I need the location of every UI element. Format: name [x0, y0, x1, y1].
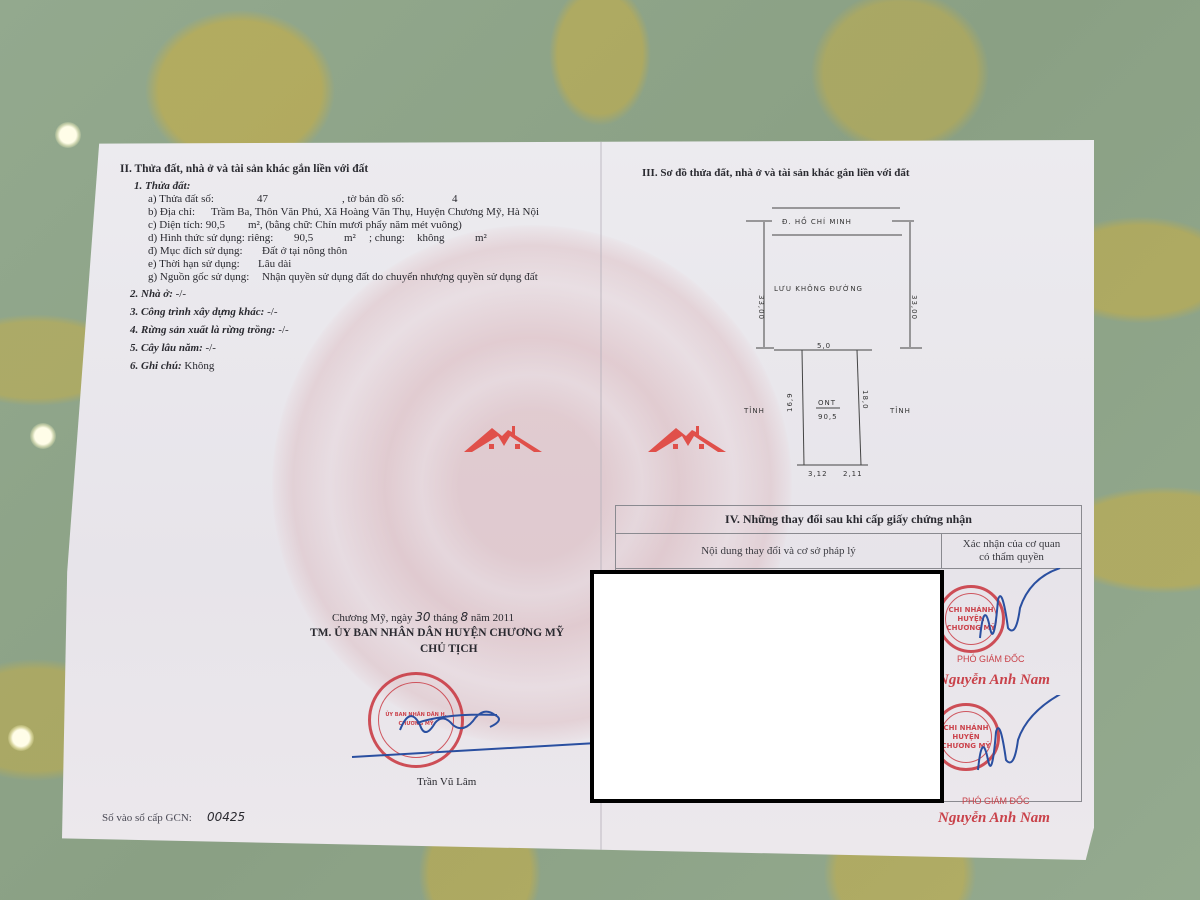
- year-label: năm 2011: [471, 612, 514, 624]
- signing-place-date: Chương Mỹ, ngày 30 tháng 8 năm 2011: [332, 611, 514, 625]
- parcel-area: 90,5: [818, 413, 838, 421]
- parcel-sketch: Đ. HỒ CHÍ MINH LƯU KHÔNG ĐƯỜNG 33,00 33,…: [62, 140, 1094, 500]
- signer-name: Trần Vũ Lâm: [417, 776, 476, 789]
- deputy-director-signature: [970, 695, 1070, 775]
- month-label: tháng: [433, 612, 457, 624]
- right-side-length: 18,0: [861, 390, 869, 410]
- col2-line2: có thẩm quyền: [979, 551, 1044, 563]
- light-reflection: [8, 725, 34, 751]
- setback-right-length: 33,00: [910, 295, 918, 320]
- light-reflection: [30, 423, 56, 449]
- left-side-length: 16,9: [786, 392, 794, 412]
- registry-label: Số vào sổ cấp GCN:: [102, 812, 192, 825]
- setback-left-length: 33,00: [757, 295, 765, 320]
- redaction-box: [590, 570, 944, 803]
- entry2-signer: Nguyễn Anh Nam: [938, 812, 1050, 825]
- registry-number: 00425: [207, 811, 245, 824]
- rear-left-length: 3,12: [808, 470, 828, 478]
- deputy-director-signature: [972, 568, 1062, 648]
- issuing-authority: TM. ỦY BAN NHÂN DÂN HUYỆN CHƯƠNG MỸ: [310, 627, 564, 640]
- entry1-title: PHÓ GIÁM ĐỐC: [957, 653, 1025, 666]
- col2-line1: Xác nhận của cơ quan: [963, 538, 1060, 550]
- neighbor-left: TỈNH: [743, 406, 765, 415]
- road-label: Đ. HỒ CHÍ MINH: [782, 216, 852, 226]
- house-logo-icon: [462, 422, 552, 458]
- signing-month: 8: [461, 610, 469, 624]
- changes-table-header: Nội dung thay đổi và cơ sở pháp lý Xác n…: [616, 534, 1081, 569]
- col-change-content: Nội dung thay đổi và cơ sở pháp lý: [616, 534, 942, 568]
- signer-title: CHỦ TỊCH: [420, 643, 478, 656]
- land-code: ONT: [818, 399, 836, 407]
- signing-day: 30: [415, 610, 430, 624]
- place-date-prefix: Chương Mỹ, ngày: [332, 612, 413, 624]
- changes-table-title: IV. Những thay đổi sau khi cấp giấy chứn…: [616, 506, 1081, 534]
- chairman-signature: [342, 695, 602, 765]
- neighbor-right: TỈNH: [889, 406, 911, 415]
- entry2-title: PHÓ GIÁM ĐỐC: [962, 795, 1030, 808]
- light-reflection: [55, 122, 81, 148]
- col-authority-confirmation: Xác nhận của cơ quancó thẩm quyền: [942, 534, 1081, 568]
- setback-label: LƯU KHÔNG ĐƯỜNG: [774, 284, 863, 293]
- front-width: 5,0: [817, 342, 831, 350]
- rear-right-length: 2,11: [843, 470, 863, 478]
- house-logo-icon: [646, 422, 736, 458]
- entry1-signer: Nguyễn Anh Nam: [938, 674, 1050, 687]
